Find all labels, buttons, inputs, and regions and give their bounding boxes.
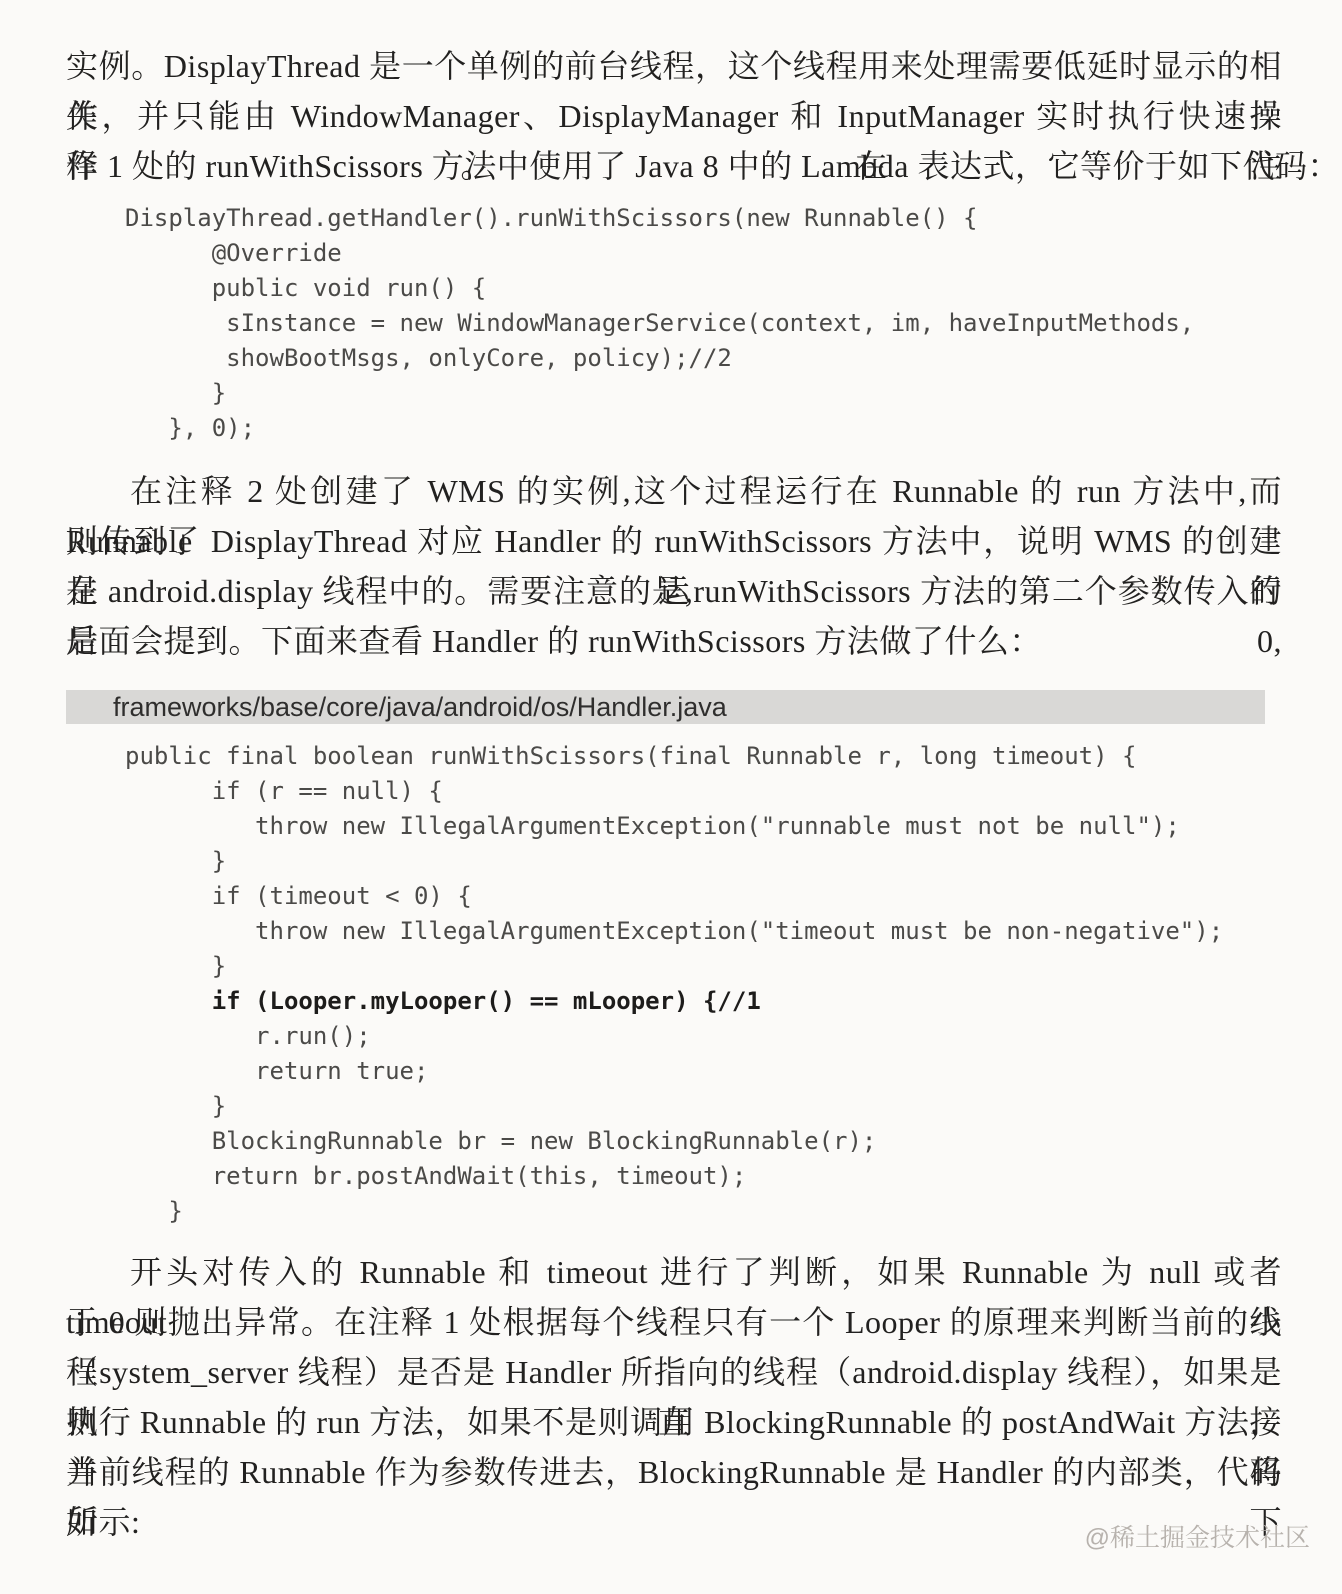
file-path-text: frameworks/base/core/java/android/os/Han…: [113, 692, 727, 723]
code-block-runwithscissors: public final boolean runWithScissors(fin…: [125, 739, 1282, 1229]
code-line: return true;: [125, 1054, 1282, 1089]
body-line: 于 0 则抛出异常。在注释 1 处根据每个线程只有一个 Looper 的原理来判…: [66, 1297, 1282, 1347]
code-line: @Override: [125, 236, 1282, 271]
code-line: if (r == null) {: [125, 774, 1282, 809]
code-line: public void run() {: [125, 271, 1282, 306]
body-line: 实例。DisplayThread 是一个单例的前台线程，这个线程用来处理需要低延…: [66, 41, 1282, 91]
code-line: public final boolean runWithScissors(fin…: [125, 739, 1282, 774]
code-line: }: [125, 1089, 1282, 1124]
code-line: }: [125, 376, 1282, 411]
body-line: 开头对传入的 Runnable 和 timeout 进行了判断，如果 Runna…: [66, 1247, 1282, 1297]
body-line: 释 1 处的 runWithScissors 方法中使用了 Java 8 中的 …: [66, 141, 1282, 191]
code-line-annotation-1: if (Looper.myLooper() == mLooper) {//1: [125, 984, 1282, 1019]
code-line: }: [125, 844, 1282, 879]
code-line: }: [125, 1194, 1282, 1229]
body-line: 作，并只能由 WindowManager、DisplayManager 和 In…: [66, 91, 1282, 141]
body-line: （system_server 线程）是否是 Handler 所指向的线程（and…: [66, 1347, 1282, 1397]
code-line: throw new IllegalArgumentException("time…: [125, 914, 1282, 949]
body-line: 当前线程的 Runnable 作为参数传进去，BlockingRunnable …: [66, 1447, 1282, 1497]
code-line: }: [125, 949, 1282, 984]
code-line: sInstance = new WindowManagerService(con…: [125, 306, 1282, 341]
code-block-lambda-equivalent: DisplayThread.getHandler().runWithScisso…: [125, 201, 1282, 446]
body-line: 执行 Runnable 的 run 方法，如果不是则调用 BlockingRun…: [66, 1397, 1282, 1447]
paragraph-wms-instance: 在注释 2 处创建了 WMS 的实例,这个过程运行在 Runnable 的 ru…: [66, 466, 1282, 666]
code-line: showBootMsgs, onlyCore, policy);//2: [125, 341, 1282, 376]
paragraph-analysis: 开头对传入的 Runnable 和 timeout 进行了判断，如果 Runna…: [66, 1247, 1282, 1547]
code-line: return br.postAndWait(this, timeout);: [125, 1159, 1282, 1194]
body-line: 在注释 2 处创建了 WMS 的实例,这个过程运行在 Runnable 的 ru…: [66, 466, 1282, 516]
code-line: DisplayThread.getHandler().runWithScisso…: [125, 201, 1282, 236]
paragraph-continued: 实例。DisplayThread 是一个单例的前台线程，这个线程用来处理需要低延…: [66, 41, 1282, 191]
watermark: @稀土掘金技术社区: [1085, 1518, 1310, 1554]
body-line: 在 android.display 线程中的。需要注意的是,runWithSci…: [66, 566, 1282, 616]
code-line: throw new IllegalArgumentException("runn…: [125, 809, 1282, 844]
code-line: }, 0);: [125, 411, 1282, 446]
code-line: r.run();: [125, 1019, 1282, 1054]
book-page: 实例。DisplayThread 是一个单例的前台线程，这个线程用来处理需要低延…: [0, 0, 1342, 1594]
body-line: 则传到了 DisplayThread 对应 Handler 的 runWithS…: [66, 516, 1282, 566]
file-path-header: frameworks/base/core/java/android/os/Han…: [66, 690, 1265, 724]
code-line: BlockingRunnable br = new BlockingRunnab…: [125, 1124, 1282, 1159]
code-line: if (timeout < 0) {: [125, 879, 1282, 914]
